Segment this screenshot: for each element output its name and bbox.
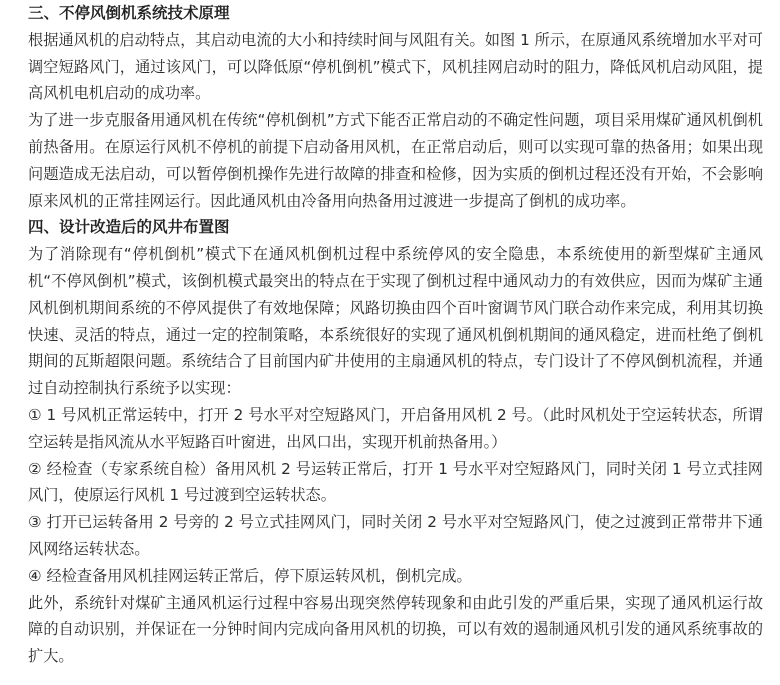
paragraph-conclusion: 此外，系统针对煤矿主通风机运行过程中容易出现突然停转现象和由此引发的严重后果，实… bbox=[28, 590, 763, 670]
section-heading-principle: 三、不停风倒机系统技术原理 bbox=[28, 0, 763, 27]
section-heading-layout: 四、设计改造后的风井布置图 bbox=[28, 214, 763, 241]
paragraph-layout-intro: 为了消除现有“停机倒机”模式下在通风机倒机过程中系统停风的安全隐患，本系统使用的… bbox=[28, 241, 763, 402]
step-2: ② 经检查（专家系统自检）备用风机 2 号运转正常后，打开 1 号水平对空短路风… bbox=[28, 456, 763, 510]
article-body: 三、不停风倒机系统技术原理 根据通风机的启动特点，其启动电流的大小和持续时间与风… bbox=[28, 0, 763, 670]
step-3: ③ 打开已运转备用 2 号旁的 2 号立式挂网风门，同时关闭 2 号水平对空短路… bbox=[28, 509, 763, 563]
paragraph-startup-resistance: 根据通风机的启动特点，其启动电流的大小和持续时间与风阻有关。如图 1 所示，在原… bbox=[28, 27, 763, 107]
step-1: ① 1 号风机正常运转中，打开 2 号水平对空短路风门，开启备用风机 2 号。（… bbox=[28, 402, 763, 456]
paragraph-hot-standby: 为了进一步克服备用通风机在传统“停机倒机”方式下能否正常启动的不确定性问题，项目… bbox=[28, 107, 763, 214]
step-4: ④ 经检查备用风机挂网运转正常后，停下原运转风机，倒机完成。 bbox=[28, 563, 763, 590]
